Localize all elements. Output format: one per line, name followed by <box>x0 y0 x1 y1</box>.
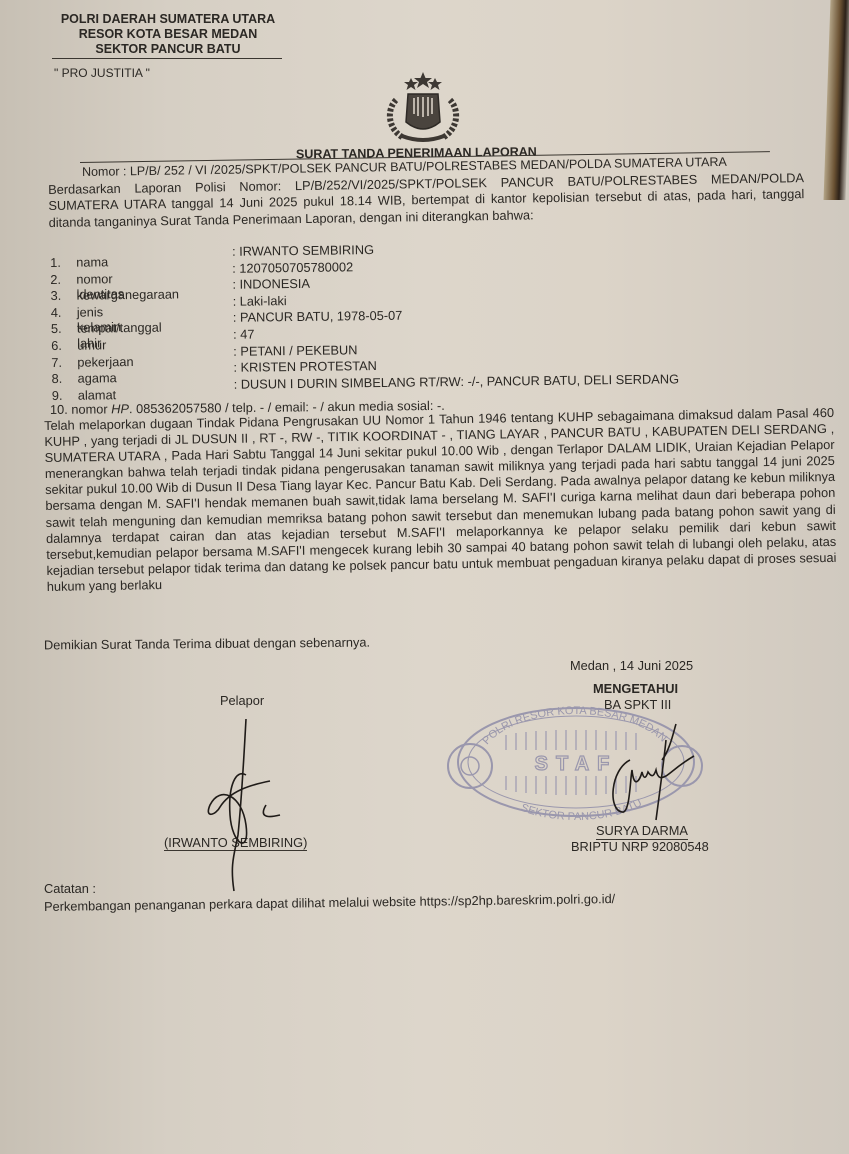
reporter-role: Pelapor <box>220 693 264 708</box>
note-text: Perkembangan penanganan perkara dapat di… <box>44 891 615 914</box>
identity-label: umur <box>77 337 106 352</box>
polri-emblem-icon <box>378 70 468 148</box>
note-label: Catatan : <box>44 881 96 896</box>
identity-number: 1. <box>50 255 76 270</box>
agency-line-1: POLRI DAERAH SUMATERA UTARA <box>58 12 278 27</box>
officer-signature <box>600 720 700 830</box>
identity-label: agama <box>77 370 116 385</box>
agency-header: POLRI DAERAH SUMATERA UTARA RESOR KOTA B… <box>58 12 278 57</box>
identity-label: nama <box>76 254 108 269</box>
reporter-signature <box>190 715 310 895</box>
intro-paragraph: Berdasarkan Laporan Polisi Nomor: LP/B/2… <box>48 170 805 231</box>
identity-value: : PETANI / PEKEBUN <box>233 342 357 359</box>
identity-number: 3. <box>50 288 76 303</box>
identity-value: : Laki-laki <box>233 293 287 309</box>
identity-number: 7. <box>51 354 77 369</box>
agency-line-3: SEKTOR PANCUR BATU <box>58 42 278 57</box>
paper-edge-shadow <box>824 0 849 200</box>
officer-id: BRIPTU NRP 92080548 <box>571 839 709 854</box>
identity-number: 6. <box>51 338 77 353</box>
identity-number: 9. <box>52 387 78 402</box>
agency-line-2: RESOR KOTA BESAR MEDAN <box>58 27 278 42</box>
contact-number: 10. <box>50 402 68 417</box>
identity-number: 8. <box>51 371 77 386</box>
place-date: Medan , 14 Juni 2025 <box>570 658 693 673</box>
acknowledged-label: MENGETAHUI <box>593 681 678 696</box>
identity-number: 5. <box>51 321 77 336</box>
identity-label: kewarganegaraan <box>76 287 179 303</box>
identity-value: : INDONESIA <box>232 276 310 292</box>
identity-label: alamat <box>78 387 117 402</box>
identity-number: 2. <box>50 271 76 286</box>
officer-name: SURYA DARMA <box>596 823 688 840</box>
scanned-document: POLRI DAERAH SUMATERA UTARA RESOR KOTA B… <box>0 0 849 1154</box>
identity-value: : PANCUR BATU, 1978-05-07 <box>233 308 403 325</box>
identity-number: 4. <box>51 304 77 319</box>
identity-value: : IRWANTO SEMBIRING <box>232 242 374 259</box>
identity-value: : 1207050705780002 <box>232 259 353 275</box>
pro-justitia: " PRO JUSTITIA " <box>54 66 150 80</box>
report-body: Telah melaporkan dugaan Tindak Pidana Pe… <box>44 405 837 595</box>
identity-list: 1.nama: IRWANTO SEMBIRING2.nomor identit… <box>50 250 52 399</box>
identity-label: pekerjaan <box>77 354 133 370</box>
identity-value: : DUSUN I DURIN SIMBELANG RT/RW: -/-, PA… <box>234 371 679 391</box>
contact-prefix: nomor <box>71 401 111 416</box>
identity-value: : 47 <box>233 326 255 341</box>
closing-statement: Demikian Surat Tanda Terima dibuat denga… <box>44 635 370 653</box>
identity-value: : KRISTEN PROTESTAN <box>233 358 377 375</box>
header-divider <box>52 58 282 59</box>
contact-hp-label: HP <box>111 401 129 416</box>
